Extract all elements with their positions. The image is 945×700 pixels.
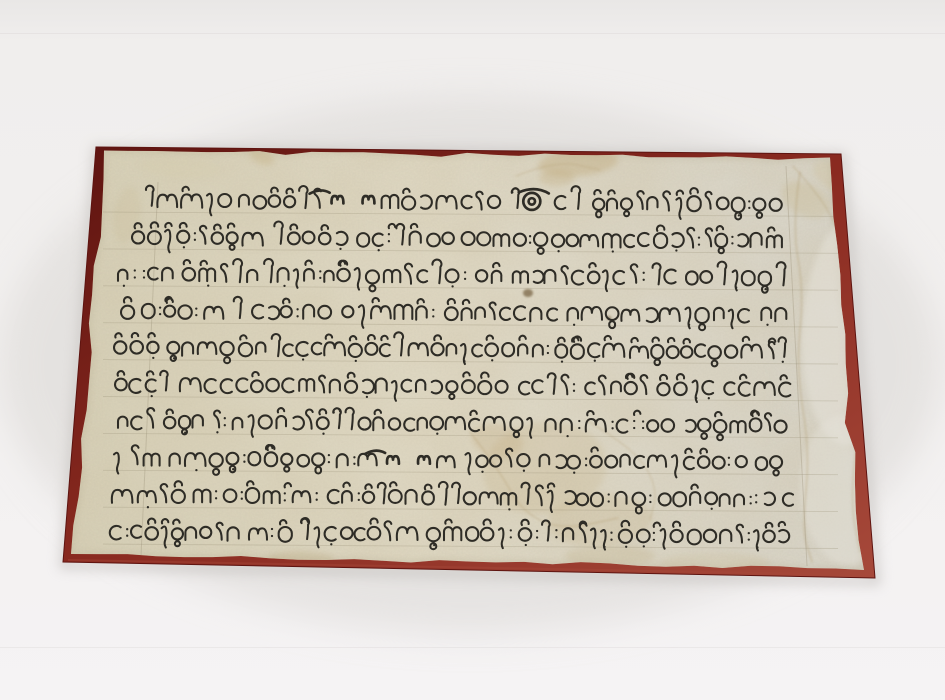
ink-dot xyxy=(216,431,218,433)
ink-dot xyxy=(557,250,559,252)
ink-dot xyxy=(728,464,730,466)
ink-dot xyxy=(355,360,357,362)
ink-dot xyxy=(782,361,784,363)
ink-dot xyxy=(731,236,733,238)
ink-dot xyxy=(643,545,645,547)
ink-dot xyxy=(296,308,298,310)
ink-dot xyxy=(578,427,580,429)
ink-dot xyxy=(610,539,612,541)
ink-dot xyxy=(708,397,710,399)
ink-dot xyxy=(134,276,136,278)
manuscript-photograph xyxy=(0,0,945,700)
ink-dot xyxy=(353,456,355,458)
ink-dot xyxy=(432,309,434,311)
ink-dot xyxy=(232,468,234,470)
stain-blotch xyxy=(539,170,575,186)
ink-dot xyxy=(194,239,196,241)
ink-dot xyxy=(271,535,273,537)
ink-dot xyxy=(388,240,390,242)
ink-dot xyxy=(126,528,128,530)
ink-dot xyxy=(432,315,434,317)
ink-dot xyxy=(523,470,525,472)
ink-dot xyxy=(143,270,145,272)
ink-dot xyxy=(547,352,549,354)
ink-dot xyxy=(633,427,635,429)
ink-dot xyxy=(555,536,557,538)
ink-dot xyxy=(319,277,321,279)
ink-dot xyxy=(649,494,651,496)
stain-blotch xyxy=(523,289,533,297)
ink-dot xyxy=(529,242,531,244)
ink-dot xyxy=(748,538,750,540)
ink-dot xyxy=(633,420,635,422)
ink-dot xyxy=(547,345,549,347)
ink-dot xyxy=(451,285,453,287)
ink-dot xyxy=(464,271,466,273)
ink-dot xyxy=(241,498,243,500)
ink-dot xyxy=(143,276,145,278)
ink-dot xyxy=(378,249,380,251)
ink-dot xyxy=(698,236,700,238)
ink-dot xyxy=(433,544,435,546)
ink-dot xyxy=(536,530,538,532)
ink-dot xyxy=(195,314,197,316)
ink-dot xyxy=(585,458,587,460)
ink-dot xyxy=(561,360,563,362)
ink-dot xyxy=(353,463,355,465)
ink-dot xyxy=(750,502,752,504)
ink-dot xyxy=(649,501,651,503)
ink-dot xyxy=(271,528,273,530)
ink-dot xyxy=(611,427,613,429)
ink-dot xyxy=(284,492,286,494)
ink-dot xyxy=(578,420,580,422)
ink-dot xyxy=(358,492,360,494)
ink-dot xyxy=(594,360,596,362)
ink-dot xyxy=(224,417,226,419)
ink-dot xyxy=(283,285,285,287)
ink-dot xyxy=(642,420,644,422)
ink-dot xyxy=(738,214,740,216)
ink-dot xyxy=(328,461,330,463)
ink-dot xyxy=(610,532,612,534)
ink-dot xyxy=(126,535,128,537)
ink-dot xyxy=(316,492,318,494)
ink-dot xyxy=(296,315,298,317)
ink-dot xyxy=(755,494,757,496)
ink-dot xyxy=(653,532,655,534)
ink-dot xyxy=(612,250,614,252)
ink-dot xyxy=(195,307,197,309)
ink-dot xyxy=(151,395,153,397)
ink-dot xyxy=(481,471,483,473)
photo-scene: Antique Southeast Asian (Shan / Burmese … xyxy=(0,0,945,700)
ink-dot xyxy=(319,270,321,272)
ink-dot xyxy=(608,493,610,495)
ink-dot xyxy=(653,539,655,541)
ink-dot xyxy=(698,243,700,245)
ink-dot xyxy=(695,397,697,399)
ink-dot xyxy=(183,246,185,248)
ink-dot xyxy=(603,546,605,548)
ink-dot xyxy=(243,454,245,456)
ink-dot xyxy=(508,508,510,510)
ink-dot xyxy=(159,306,161,308)
ink-dot xyxy=(611,421,613,423)
ink-dot xyxy=(573,472,575,474)
ink-dot xyxy=(328,454,330,456)
ink-dot xyxy=(330,543,332,545)
ink-dot xyxy=(194,232,196,234)
ink-dot xyxy=(184,432,186,434)
ink-dot xyxy=(643,272,645,274)
ink-dot xyxy=(207,284,209,286)
ink-dot xyxy=(748,207,750,209)
ink-dot xyxy=(750,496,752,498)
ink-dot xyxy=(675,249,677,251)
ink-dot xyxy=(573,390,575,392)
ink-dot xyxy=(215,497,217,499)
ink-dot xyxy=(215,490,217,492)
ink-dot xyxy=(224,424,226,426)
ink-dot xyxy=(388,233,390,235)
ink-dot xyxy=(748,532,750,534)
ink-dot xyxy=(316,499,318,501)
ink-dot xyxy=(322,433,324,435)
ink-dot xyxy=(510,529,512,531)
ink-dot xyxy=(436,433,438,435)
ink-dot xyxy=(491,359,493,361)
ink-dot xyxy=(748,200,750,202)
ink-dot xyxy=(555,529,557,531)
ink-dot xyxy=(688,324,690,326)
ink-dot xyxy=(241,491,243,493)
ink-dot xyxy=(525,544,527,546)
ink-dot xyxy=(529,235,531,237)
ink-dot xyxy=(339,248,341,250)
ink-dot xyxy=(756,546,758,548)
ink-dot xyxy=(764,288,766,290)
ink-dot xyxy=(711,508,713,510)
ink-dot xyxy=(302,358,304,360)
ink-dot xyxy=(243,461,245,463)
ink-dot xyxy=(195,469,197,471)
ink-dot xyxy=(173,357,175,359)
ink-dot xyxy=(766,324,768,326)
ink-dot xyxy=(366,396,368,398)
ink-dot xyxy=(147,506,149,508)
ink-dot xyxy=(358,499,360,501)
ink-dot xyxy=(159,313,161,315)
ink-dot xyxy=(463,360,465,362)
ink-dot xyxy=(643,279,645,281)
ink-dot xyxy=(464,278,466,280)
ink-dot xyxy=(573,383,575,385)
ink-dot xyxy=(642,427,644,429)
ink-dot xyxy=(735,286,737,288)
ink-dot xyxy=(134,269,136,271)
ink-dot xyxy=(625,546,627,548)
ink-dot xyxy=(585,464,587,466)
ink-dot xyxy=(573,324,575,326)
ink-dot xyxy=(123,285,125,287)
ink-dot xyxy=(536,536,538,538)
ink-dot xyxy=(731,242,733,244)
ink-dot xyxy=(728,457,730,459)
ink-dot xyxy=(510,536,512,538)
ink-dot xyxy=(755,501,757,503)
ink-dot xyxy=(152,357,154,359)
ink-dot xyxy=(566,435,568,437)
paper-surface-group xyxy=(55,138,908,588)
ink-dot xyxy=(284,499,286,501)
ink-dot xyxy=(608,500,610,502)
